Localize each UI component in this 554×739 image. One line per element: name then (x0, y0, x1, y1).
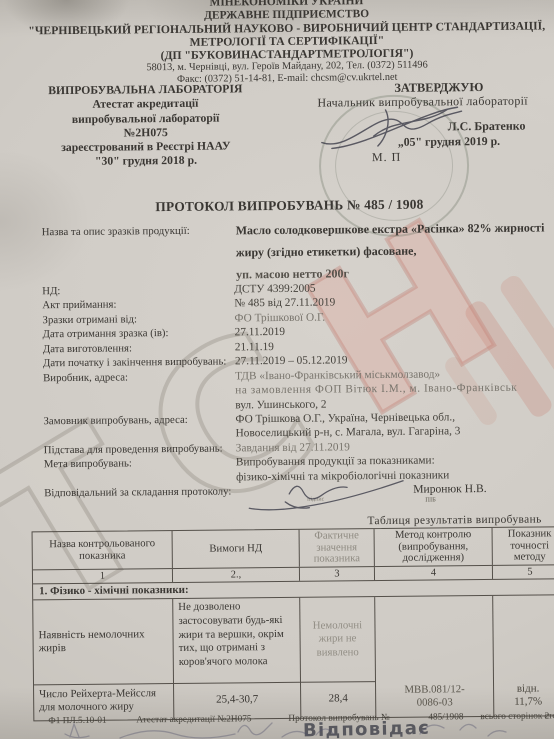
col-number: 5 (493, 565, 554, 579)
col-number: 4 (375, 566, 493, 580)
field-label: Дата отримання зразка (ів): (43, 327, 169, 340)
col-number: 2., (173, 568, 300, 582)
bottom-handwriting (0, 713, 554, 739)
field-label: НД: (42, 285, 60, 297)
col-number: 3 (300, 567, 375, 581)
method-merged-cell: МВВ.081/12-0086-03 (375, 596, 494, 717)
row1-requirement-cell: Не дозволено застосовувати будь-які жири… (173, 598, 300, 684)
protocol-fields: НД:ДСТУ 4399:2005 Акт приймання:№ 485 ві… (42, 280, 554, 487)
responsible-signature (241, 475, 411, 521)
lab-registry-date: "30" грудня 2018 р. (26, 154, 266, 171)
responsible-label: Відповідальний за складання протоколу: (44, 485, 231, 499)
field-label: Підстава для проведення випробувань: (44, 442, 223, 456)
field-value: ФО Трішкової О.Г. (234, 311, 325, 324)
accuracy-value: відн. 11,7% (506, 682, 550, 708)
col-header-method: Метод контролю (випробування, дослідженн… (375, 528, 493, 566)
field-value: вул. Ушинського, 2 (235, 398, 326, 411)
field-label: Мета випробувань: (44, 458, 132, 471)
table-body: Наявність немолочних жирів Число Рейхерт… (33, 595, 554, 720)
paper-sheet: МІНЕКОНОМІКИ УКРАЇНИ ДЕРЖАВНЕ ПІДПРИЄМСТ… (0, 0, 554, 739)
col-header-requirement: Вимоги НД (173, 530, 300, 568)
field-value: Випробування продукції за показниками: (236, 455, 435, 469)
protocol-title: ПРОТОКОЛ ВИПРОБУВАНЬ № 485 / 1908 (0, 195, 554, 217)
accuracy-merged-cell: відн. 11,7% (493, 595, 554, 716)
col-number: 1 (33, 569, 173, 583)
product-line2: жиру (згідно етикетки) фасоване, (236, 244, 417, 261)
col-header-name: Назва контрольованого показника (33, 531, 173, 569)
field-value: Завдання від 27.11.2019 (236, 441, 350, 454)
responsible-name: Миронюк Н.В. (413, 482, 487, 496)
product-line3: уп. масою нетто 200г (236, 266, 349, 282)
lab-title: ВИПРОБУВАЛЬНА ЛАБОРАТОРІЯ (25, 82, 265, 99)
name-caption: ПІБ (425, 496, 436, 503)
column-actual: Немолочні жири не виявлено 28,4 (300, 597, 376, 718)
results-table-caption: Таблиця результатів випробувань (367, 513, 541, 527)
lab-registry-line: зареєстрований в Реєстрі НААУ (26, 139, 266, 156)
letterhead: МІНЕКОНОМІКИ УКРАЇНИ ДЕРЖАВНЕ ПІДПРИЄМСТ… (0, 0, 554, 88)
field-value: Новоселицький р-н, с. Магала, вул. Гагар… (236, 426, 461, 440)
field-label: Замовник випробувань, адреса: (43, 414, 187, 427)
field-label: Виробник, адреса: (43, 371, 128, 384)
field-label: Дати початку і закінчення випробувань: (43, 356, 227, 370)
col-header-accuracy: Показник точності методу (493, 527, 554, 565)
field-value: 27.11.2019 – 05.12.2019 (235, 355, 348, 368)
document-photo: ТСН МІНЕКОНОМІКИ УКРАЇНИ ДЕРЖАВНЕ ПІДПРИ… (0, 0, 554, 739)
row1-name-cell: Наявність немолочних жирів (33, 599, 173, 685)
field-value: 21.11.19 (235, 341, 274, 353)
field-value: 27.11.2019 (235, 326, 286, 338)
product-line1: Масло солодковершкове екстра «Расінка» 8… (236, 220, 545, 238)
lab-accreditation-block: ВИПРОБУВАЛЬНА ЛАБОРАТОРІЯ Атестат акреди… (25, 82, 266, 170)
field-value: № 485 від 27.11.2019 (234, 297, 335, 310)
col-header-actual: Фактичне значення показника (300, 529, 375, 567)
row1-actual-cell: Немолочні жири не виявлено (300, 597, 375, 683)
field-label: Зразки отримані від: (42, 313, 137, 326)
field-label: Дата виготовлення: (43, 342, 132, 355)
table-header-row: Назва контрольованого показника Вимоги Н… (33, 527, 554, 570)
field-label: Акт приймання: (42, 299, 116, 312)
method-value: МВВ.081/12-0086-03 (397, 683, 473, 710)
field-value: ДСТУ 4399:2005 (234, 283, 315, 296)
row2-actual-cell: 28,4 (301, 682, 375, 717)
column-requirement: Не дозволено застосовувати будь-які жири… (173, 598, 301, 719)
field-value: ТДВ «Івано-Франківський міськмолзавод» (235, 368, 440, 382)
product-label: Назва та опис зразків продукції: (42, 225, 190, 238)
column-name: Наявність немолочних жирів Число Рейхерт… (33, 599, 174, 720)
results-table: Назва контрольованого показника Вимоги Н… (32, 526, 554, 721)
field-value: ФО Трішкова О.Г., Україна, Чернівецька о… (235, 411, 455, 425)
field-value: на замовлення ФОП Вітюк І.М., м. Івано-Ф… (235, 382, 517, 397)
approver-signature (315, 97, 466, 156)
